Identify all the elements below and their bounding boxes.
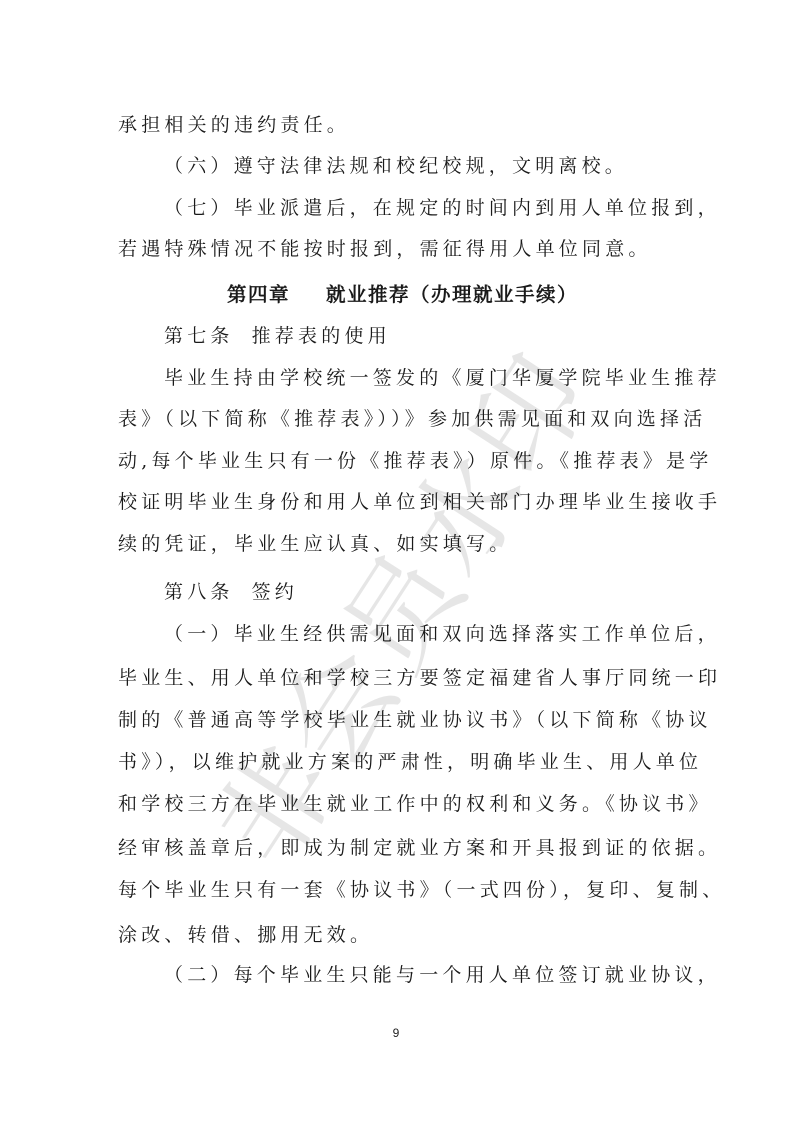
paragraph-line: 涂改、转借、挪用无效。: [118, 921, 678, 949]
paragraph-line: （七）毕业派遣后，在规定的时间内到用人单位报到，: [164, 194, 724, 222]
article-heading: 第七条推荐表的使用: [164, 322, 724, 350]
paragraph-line: 书》），以维护就业方案的严肃性，明确毕业生、用人单位: [118, 748, 678, 776]
paragraph-line: 续的凭证，毕业生应认真、如实填写。: [118, 530, 678, 558]
paragraph-line: 若遇特殊情况不能按时报到，需征得用人单位同意。: [118, 235, 678, 263]
article-title: 推荐表的使用: [252, 325, 391, 347]
paragraph-line: 制的《普通高等学校毕业生就业协议书》（以下简称《协议: [118, 706, 678, 734]
article-number: 第七条: [164, 325, 234, 347]
paragraph-line: 毕业生、用人单位和学校三方要签定福建省人事厅同统一印: [118, 664, 678, 692]
paragraph-line: 校证明毕业生身份和用人单位到相关部门办理毕业生接收手: [118, 488, 678, 516]
chapter-number: 第四章: [227, 283, 290, 306]
paragraph-line: （一）毕业生经供需见面和双向选择落实工作单位后，: [164, 620, 724, 648]
article-number: 第八条: [164, 581, 234, 603]
page-number: 9: [386, 1026, 406, 1040]
paragraph-line: 毕业生持由学校统一签发的《厦门华厦学院毕业生推荐: [164, 364, 724, 392]
paragraph-line: 每个毕业生只有一套《协议书》（一式四份），复印、复制、: [118, 876, 678, 904]
document-page: 非会员水印 承担相关的违约责任。 （六）遵守法律法规和校纪校规，文明离校。 （七…: [0, 0, 793, 1122]
paragraph-line: 经审核盖章后，即成为制定就业方案和开具报到证的依据。: [118, 834, 678, 862]
chapter-heading: 第四章就业推荐（办理就业手续）: [227, 281, 787, 309]
paragraph-line: 动,每个毕业生只有一份《推荐表》）原件。《推荐表》是学: [118, 447, 678, 475]
article-title: 签约: [252, 581, 298, 603]
paragraph-line: 和学校三方在毕业生就业工作中的权利和义务。《协议书》: [118, 790, 678, 818]
paragraph-line: 表》（以下简称《推荐表》））》参加供需见面和双向选择活: [118, 405, 678, 433]
paragraph-line: 承担相关的违约责任。: [118, 111, 678, 139]
paragraph-line: （二）每个毕业生只能与一个用人单位签订就业协议，: [164, 961, 724, 989]
paragraph-line: （六）遵守法律法规和校纪校规，文明离校。: [164, 152, 724, 180]
article-heading: 第八条签约: [164, 578, 724, 606]
chapter-title: 就业推荐（办理就业手续）: [326, 283, 578, 306]
